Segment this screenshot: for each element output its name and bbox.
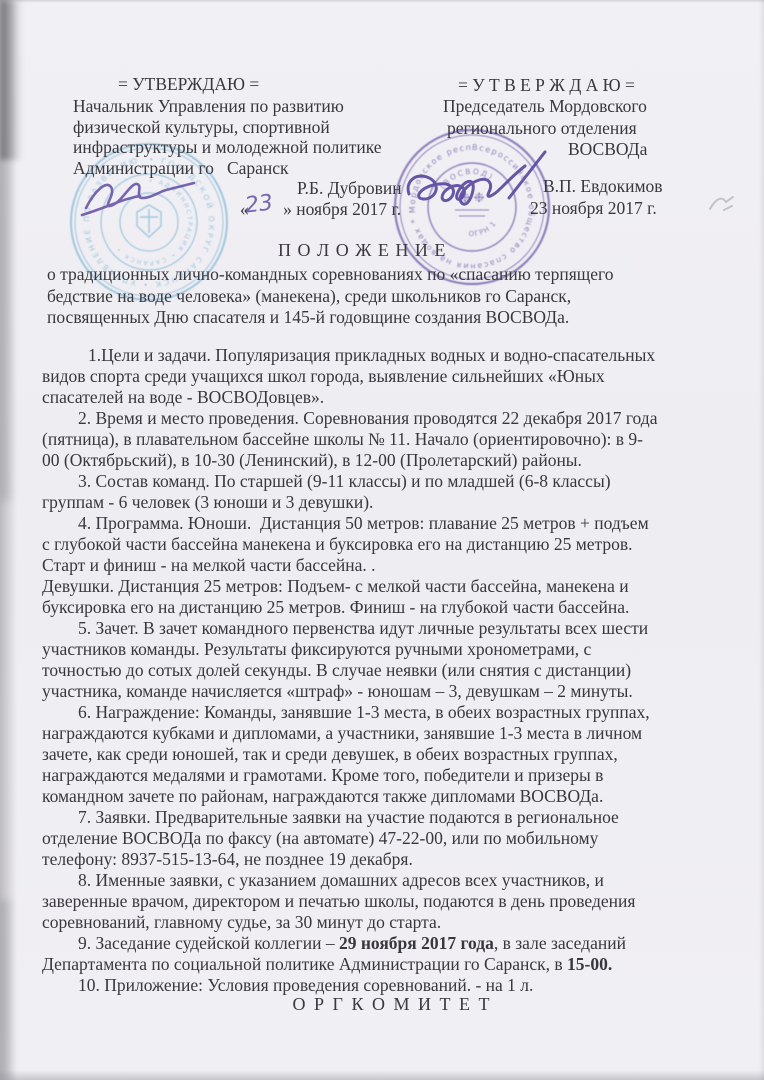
handwritten-day-23: 23	[244, 190, 275, 218]
paragraph-3-line: 3. Состав команд. По старшей (9-11 класс…	[42, 471, 611, 492]
orgcommittee-footer: О Р Г К О М И Т Е Т	[10, 994, 764, 1015]
paragraph-1-line: 1.Цели и задачи. Популяризация прикладны…	[42, 345, 655, 366]
scan-edge-left-mid-smudge	[0, 160, 15, 500]
approval-right-line: ВОСВОДа	[568, 139, 647, 160]
approval-left-line: Начальник Управления по развитию	[73, 96, 344, 117]
paragraph-6-line: 6. Награждение: Команды, занявшие 1-3 ме…	[42, 702, 650, 723]
paragraph-8-line: 8. Именные заявки, с указанием домашних …	[42, 870, 604, 891]
document-title: П О Л О Ж Е Н И Е	[278, 240, 446, 261]
document-subtitle-line: о традиционных лично-командных соревнова…	[47, 264, 613, 285]
approval-left-signer-name: Р.Б. Дубровин	[297, 178, 402, 199]
paragraph-2-line: (пятница), в плавательном бассейне школы…	[42, 429, 643, 450]
approval-right-date: 23 ноября 2017 г.	[530, 198, 657, 219]
paragraph-6-line: награждаются кубками и дипломами, а учас…	[42, 723, 642, 744]
paragraph-4-line: буксировка его на дистанцию 25 метров. Ф…	[42, 597, 629, 618]
paragraph-4-line: Старт и финиш - на мелкой части бассейна…	[42, 555, 376, 576]
stamp-right-center-lines	[455, 210, 489, 216]
date-close-text: » ноября 2017 г.	[279, 199, 401, 219]
paragraph-4-line: Девушки. Дистанция 25 метров: Подъем- с …	[42, 576, 629, 597]
paragraph-3-line: группам - 6 человек (3 юноши и 3 девушки…	[42, 492, 373, 513]
approval-left-line: инфраструктуры и молодежной политике	[73, 137, 382, 158]
paragraph-9-bold-time: 15-00.	[567, 954, 612, 974]
svg-text:(ВОСВОД): (ВОСВОД)	[438, 167, 496, 191]
paragraph-6-line: награждаются медалями и грамотами. Кроме…	[42, 765, 603, 786]
paragraph-5-line: 5. Зачет. В зачет командного первенства …	[42, 618, 648, 639]
paragraph-5-line: участников команды. Результаты фиксируют…	[42, 639, 591, 660]
scan-edge-top	[0, 0, 764, 3]
scan-edge-left-low-smudge	[0, 900, 14, 1080]
paragraph-2-line: 00 (Октябрьский), в 10-30 (Ленинский), в…	[42, 450, 582, 471]
scanned-document-page: • ГОРОДСКОЙ ОКРУГ САРАНСК • УПРАВЛЕНИЕ П…	[0, 0, 764, 1080]
approval-right-heading: = У Т В Е Р Ж Д А Ю =	[458, 75, 635, 96]
approval-left-line: физической культуры, спортивной	[73, 117, 330, 138]
paragraph-6-line: зачете, как среди юношей, так и среди де…	[42, 744, 618, 765]
paragraph-10-line: 10. Приложение: Условия проведения сорев…	[42, 975, 533, 996]
svg-text:• АДМИНИСТРАЦИЯ • САРАНСК •: • АДМИНИСТРАЦИЯ • САРАНСК •	[114, 178, 193, 266]
paragraph-1-line: спасателей на воде - ВОСВОДовцев».	[42, 387, 324, 408]
approval-left-heading: = УТВЕРЖДАЮ =	[118, 74, 259, 95]
approval-right-signer-name: В.П. Евдокимов	[543, 176, 663, 197]
paragraph-4-line: с глубокой части бассейна манекена и бук…	[42, 534, 633, 555]
paragraph-4-line: 4. Программа. Юноши. Дистанция 50 метров…	[42, 513, 649, 534]
stamp-left-inner-ring-text: • АДМИНИСТРАЦИЯ • САРАНСК •	[114, 178, 193, 266]
approval-right-line: Председатель Мордовского	[443, 96, 647, 117]
paragraph-9-line: Департамента по социальной политике Адми…	[42, 954, 612, 975]
paragraph-9-text: , в зале заседаний	[494, 933, 626, 953]
scan-edge-bottom	[0, 1070, 764, 1080]
paragraph-5-line: участника, команде начисляется «штраф» -…	[42, 681, 633, 702]
paragraph-9-text: 9. Заседание судейской коллегии –	[78, 933, 339, 953]
paragraph-9-line: 9. Заседание судейской коллегии – 29 ноя…	[42, 933, 626, 954]
paragraph-8-line: заверенные врачом, директором и печатью …	[42, 891, 635, 912]
stamp-right-vosvod-text: (ВОСВОД)	[438, 167, 496, 191]
paragraph-7-line: 7. Заявки. Предварительные заявки на уча…	[42, 807, 619, 828]
paragraph-2-line: 2. Время и место проведения. Соревновани…	[42, 408, 657, 429]
approval-right-line: регионального отделения	[447, 118, 637, 139]
document-subtitle-line: бедствие на воде человека» (манекена), с…	[47, 286, 571, 307]
paragraph-1-line: видов спорта среди учащихся школ города,…	[42, 366, 605, 387]
pencil-mark	[706, 190, 738, 218]
paragraph-5-line: точностью до сотых долей секунды. В случ…	[42, 660, 631, 681]
approval-left-line: Администрации го Саранск	[73, 158, 289, 179]
document-subtitle-line: посвященных Дню спасателя и 145-й годовщ…	[47, 307, 569, 328]
paragraph-6-line: командном зачете по районам, награждаютс…	[42, 786, 603, 807]
stamp-left-crest	[137, 205, 161, 237]
stamp-right-snowflakes: ❉ ❉	[459, 190, 484, 205]
scan-edge-left-top-smudge	[0, 0, 22, 160]
paragraph-7-line: отделение ВОСВОДа по факсу (на автомате)…	[42, 828, 598, 849]
paragraph-7-line: телефону: 8937-515-13-64, не позднее 19 …	[42, 849, 413, 870]
svg-text:ОГРН 1021: ОГРН 1021	[391, 126, 498, 238]
paragraph-8-line: соревнований, главному судье, за 30 мину…	[42, 912, 441, 933]
paragraph-9-bold-date: 29 ноября 2017 года	[339, 933, 494, 953]
stamp-right-ogrn-text: ОГРН 1021	[391, 126, 498, 238]
scan-edge-right	[759, 0, 764, 1080]
paragraph-9-text: Департамента по социальной политике Адми…	[42, 954, 567, 974]
